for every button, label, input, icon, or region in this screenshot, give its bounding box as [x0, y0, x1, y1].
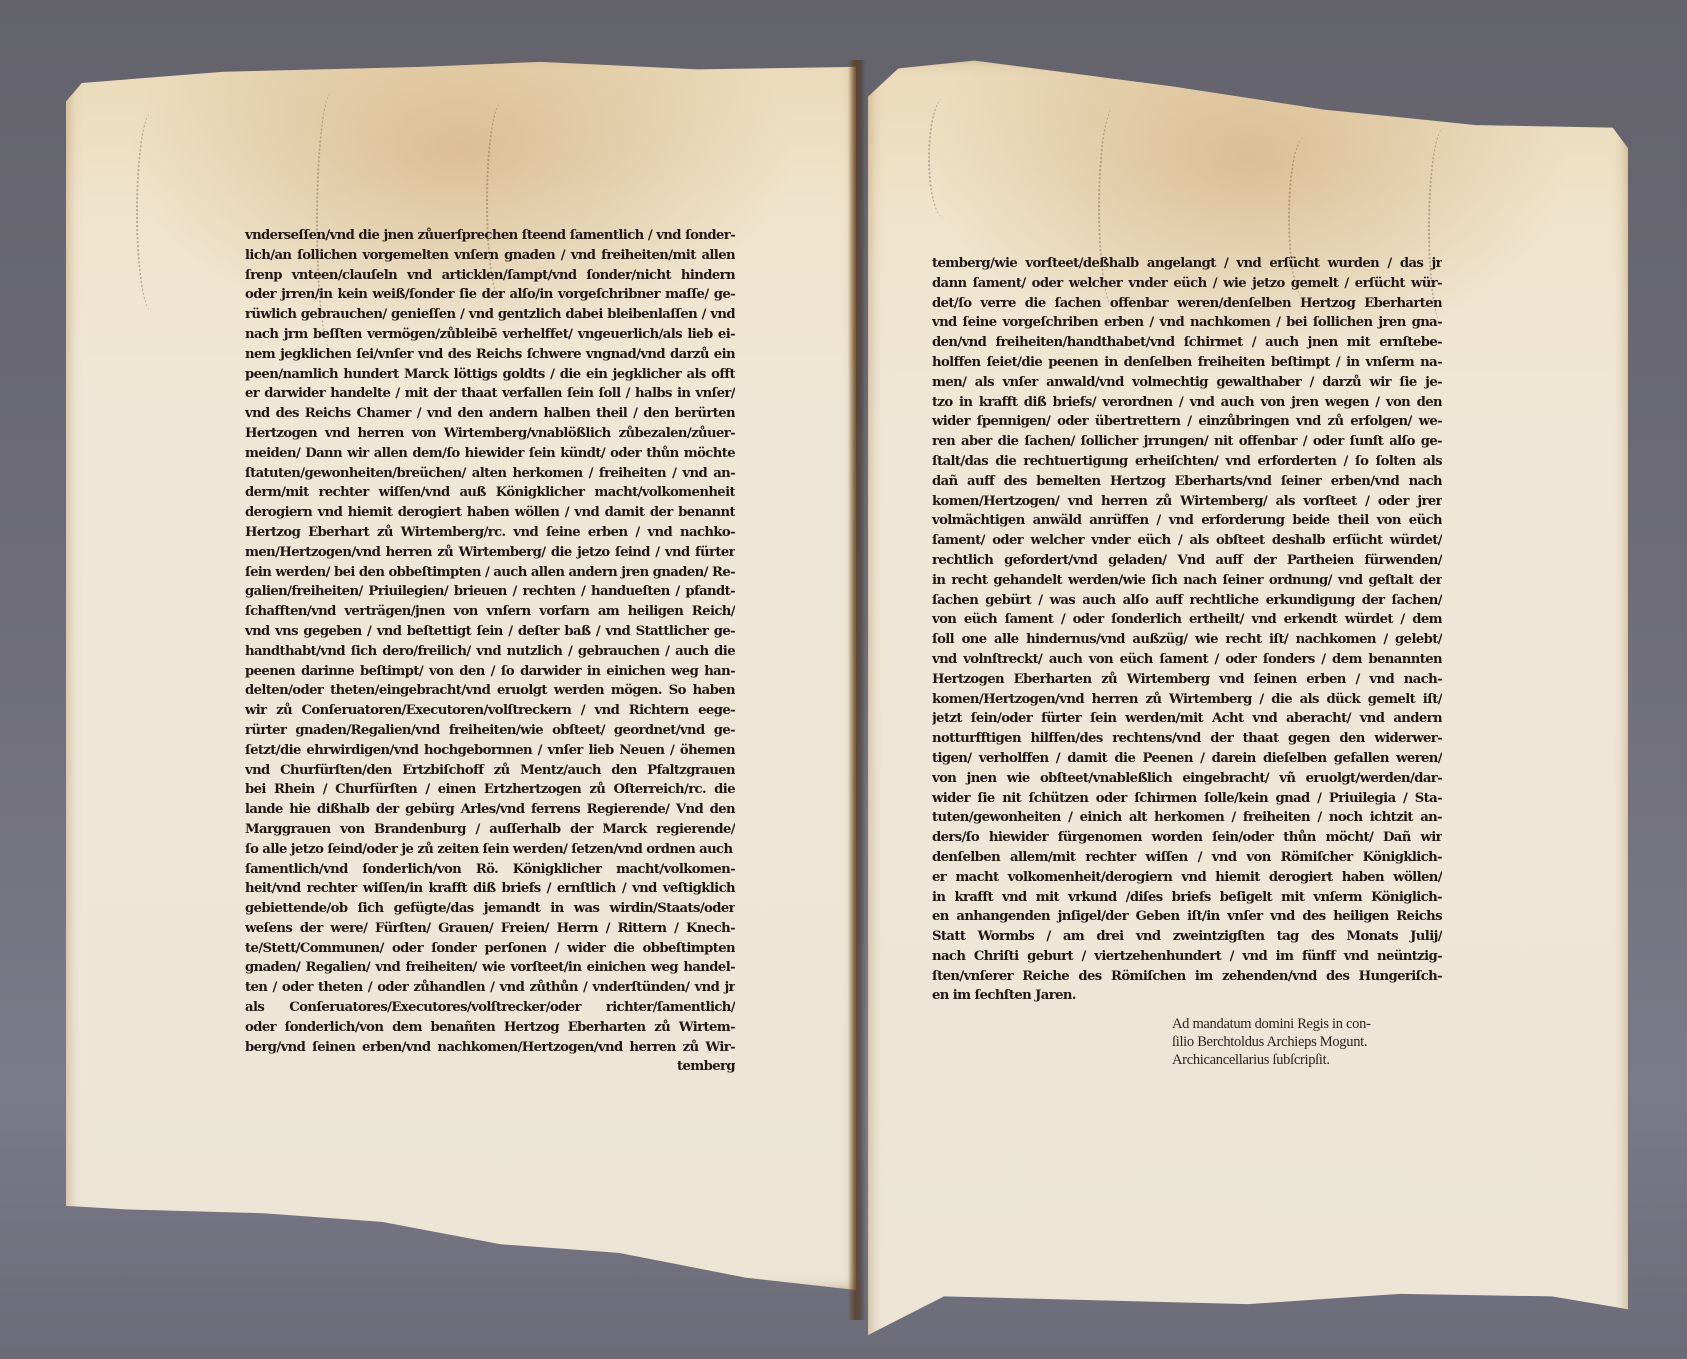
- text-line: tigen/ verholffen / damit die Peenen / d…: [932, 749, 1442, 769]
- text-line: oder ſonderlich/von dem benañten Hertzog…: [245, 1018, 735, 1038]
- text-line: ſo alle jetzo ſeind/oder je zů zeiten ſe…: [245, 840, 735, 860]
- text-line: von eüch ſament / oder ſonderlich erthei…: [932, 610, 1442, 630]
- text-line: nach Chriſti geburt / viertzehenhundert …: [932, 947, 1442, 967]
- text-line: er darwider handelte / mit der thaat ver…: [245, 384, 735, 404]
- text-line: denſelben allem/mit rechter wiſſen / vnd…: [932, 848, 1442, 868]
- book-gutter: [848, 60, 866, 1320]
- text-line: Hertzogen vnd herren von Wirtemberg/vnab…: [245, 424, 735, 444]
- text-line: ſrenp vnteen/clauſeln vnd articklen/ſamp…: [245, 266, 735, 286]
- text-line: nach jrm beſſten vermögen/zůbleibē verhe…: [245, 325, 735, 345]
- text-line: gnaden/ Regalien/ vnd freiheiten/ wie vo…: [245, 958, 735, 978]
- text-line: te/Stett/Communen/ oder ſonder perſonen …: [245, 939, 735, 959]
- text-line: ſten/vnſerer Reiche des Römiſchen im zeh…: [932, 967, 1442, 987]
- text-line: tuten/gewonheiten / einich alt herkomen …: [932, 808, 1442, 828]
- text-line: weſens der were/ Fürſten/ Grauen/ Freien…: [245, 919, 735, 939]
- text-line: temberg: [245, 1057, 735, 1077]
- text-line: volmächtigen anwäld anrüffen / vnd erfor…: [932, 511, 1442, 531]
- text-line: dann ſament/ oder welcher vnder eüch / w…: [932, 274, 1442, 294]
- text-line: men/Hertzogen/vnd herren zů Wirtemberg/ …: [245, 543, 735, 563]
- colophon-line: Archicancellarius ſubſcripſit.: [1172, 1051, 1412, 1069]
- text-line: vnderseſſen/vnd die jnen zůuerſprechen ſ…: [245, 226, 735, 246]
- text-line: in krafft vnd mit vrkund /diſes briefs b…: [932, 888, 1442, 908]
- text-line: Statt Wormbs / am drei vnd zweintzigſten…: [932, 927, 1442, 947]
- left-page-text: vnderseſſen/vnd die jnen zůuerſprechen ſ…: [245, 226, 735, 1077]
- text-line: ſetzt/die ehrwirdigen/vnd hochgebornnen …: [245, 741, 735, 761]
- text-line: rürter gnaden/Regalien/vnd freiheiten/wi…: [245, 721, 735, 741]
- offset-ink-mark: [136, 112, 168, 312]
- text-line: dañ auff des bemelten Hertzog Eberharts/…: [932, 472, 1442, 492]
- text-line: ſein werden/ bei den obbeſtimpten / auch…: [245, 563, 735, 583]
- text-line: Hertzogen Eberharten zů Wirtemberg vnd ſ…: [932, 670, 1442, 690]
- text-line: vnd ſeine vorgeſchriben erben / vnd nach…: [932, 313, 1442, 333]
- text-line: vnd volnſtreckt/ auch von eüch ſament / …: [932, 650, 1442, 670]
- text-line: derm/mit rechter wiſſen/vnd auß Königkli…: [245, 483, 735, 503]
- text-line: ſachen gebürt / was auch alſo auff recht…: [932, 591, 1442, 611]
- text-line: derogiern vnd hiemit derogiert haben wöl…: [245, 503, 735, 523]
- text-line: komen/Hertzogen/vnd herren zů Wirtemberg…: [932, 690, 1442, 710]
- text-line: Marggrauen von Brandenburg / auſſerhalb …: [245, 820, 735, 840]
- text-line: meiden/ Dann wir allen dem/ſo hiewider ſ…: [245, 444, 735, 464]
- text-line: delten/oder theten/eingebracht/vnd eruol…: [245, 681, 735, 701]
- text-line: men/ als vnſer anwald/vnd volmechtig gew…: [932, 373, 1442, 393]
- text-line: Hertzog Eberhart zů Wirtemberg/rc. vnd ſ…: [245, 523, 735, 543]
- text-line: rüwlich gebrauchen/ genieſſen / vnd gent…: [245, 305, 735, 325]
- text-line: handthabt/vnd ſich dero/freilich/ vnd nu…: [245, 642, 735, 662]
- text-line: en anhangenden jnſigel/der Geben iſt/in …: [932, 907, 1442, 927]
- text-line: det/ſo verre die ſachen offenbar weren/d…: [932, 294, 1442, 314]
- text-line: galien/freiheiten/ Priuilegien/ brieuen …: [245, 582, 735, 602]
- text-line: rechtlich gefordert/vnd geladen/ Vnd auf…: [932, 551, 1442, 571]
- colophon: Ad mandatum domini Regis in con- ſilio B…: [1172, 1015, 1412, 1069]
- text-line: als Conſeruatores/Executores/volſtrecker…: [245, 998, 735, 1018]
- text-line: vnd vns gegeben / vnd beſtettigt ſein / …: [245, 622, 735, 642]
- text-line: notturfftigen hilffen/des rechtens/vnd d…: [932, 729, 1442, 749]
- text-line: ſchafften/vnd verträgen/jnen von vnſern …: [245, 602, 735, 622]
- text-line: jetzt ſein/oder fürter ſein werden/mit A…: [932, 709, 1442, 729]
- text-line: wider ſpennigen/ oder übertrettern / ein…: [932, 412, 1442, 432]
- text-line: komen/Hertzogen/ vnd herren zů Wirtember…: [932, 492, 1442, 512]
- text-line: ſtatuten/gewonheiten/breüchen/ alten her…: [245, 464, 735, 484]
- text-line: den/vnd freiheiten/handthabet/vnd ſchirm…: [932, 333, 1442, 353]
- text-line: holffen ſeiet/die peenen in denſelben fr…: [932, 353, 1442, 373]
- text-line: ſoll one alle hindernus/vnd außzüg/ wie …: [932, 630, 1442, 650]
- text-line: ten / oder theten / oder zůhandlen / vnd…: [245, 978, 735, 998]
- text-line: lande hie dißhalb der gebürg Arles/vnd f…: [245, 800, 735, 820]
- text-line: peen/namlich hundert Marck löttigs goldt…: [245, 365, 735, 385]
- text-line: ren aber die ſachen/ ſollicher jrrungen/…: [932, 432, 1442, 452]
- text-line: von jnen wie obſteet/vnableßlich eingebr…: [932, 769, 1442, 789]
- text-line: wider ſie nit ſchützen oder ſchirmen ſol…: [932, 789, 1442, 809]
- text-line: ſtalt/das die rechtuertigung erheiſchten…: [932, 452, 1442, 472]
- text-line: tzo in krafft diß briefs/ verordnen / vn…: [932, 393, 1442, 413]
- text-line: vnd Churfürſten/den Ertzbiſchoff zů Ment…: [245, 761, 735, 781]
- text-line: oder jrren/in kein weiß/ſonder ſie der a…: [245, 285, 735, 305]
- colophon-line: ſilio Berchtoldus Archieps Mogunt.: [1172, 1033, 1412, 1051]
- offset-ink-mark: [928, 98, 960, 218]
- text-line: er macht volkomenheit/derogiern vnd hiem…: [932, 868, 1442, 888]
- text-line: peenen darinne beſtimpt/ von den / ſo da…: [245, 662, 735, 682]
- text-line: en im ſechſten Jaren.: [932, 986, 1442, 1006]
- text-line: gebiettende/ob ſich gefügte/das jemandt …: [245, 899, 735, 919]
- text-line: vnd des Reichs Chamer / vnd den andern h…: [245, 404, 735, 424]
- text-line: ders/ſo hiewider fürgenomen worden ſein/…: [932, 828, 1442, 848]
- text-line: wir zů Conſeruatoren/Executoren/volſtrec…: [245, 701, 735, 721]
- text-line: heit/vnd rechter wiſſen/in krafft diß br…: [245, 879, 735, 899]
- text-line: bei Rhein / Churfürſten / einen Ertzhert…: [245, 780, 735, 800]
- text-line: berg/vnd ſeinen erben/vnd nachkomen/Hert…: [245, 1038, 735, 1058]
- text-line: lich/an ſollichen vorgemelten vnſern gna…: [245, 246, 735, 266]
- text-line: ſament/ oder welcher vnder eüch / als ob…: [932, 531, 1442, 551]
- right-page-text: temberg/wie vorſteet/deßhalb angelangt /…: [932, 254, 1442, 1006]
- colophon-line: Ad mandatum domini Regis in con-: [1172, 1015, 1412, 1033]
- text-line: nem jegklichen ſei/vnſer vnd des Reichs …: [245, 345, 735, 365]
- text-line: temberg/wie vorſteet/deßhalb angelangt /…: [932, 254, 1442, 274]
- text-line: ſamentlich/vnd ſonderlich/von Rö. Königk…: [245, 860, 735, 880]
- text-line: in recht gehandelt werden/wie ſich nach …: [932, 571, 1442, 591]
